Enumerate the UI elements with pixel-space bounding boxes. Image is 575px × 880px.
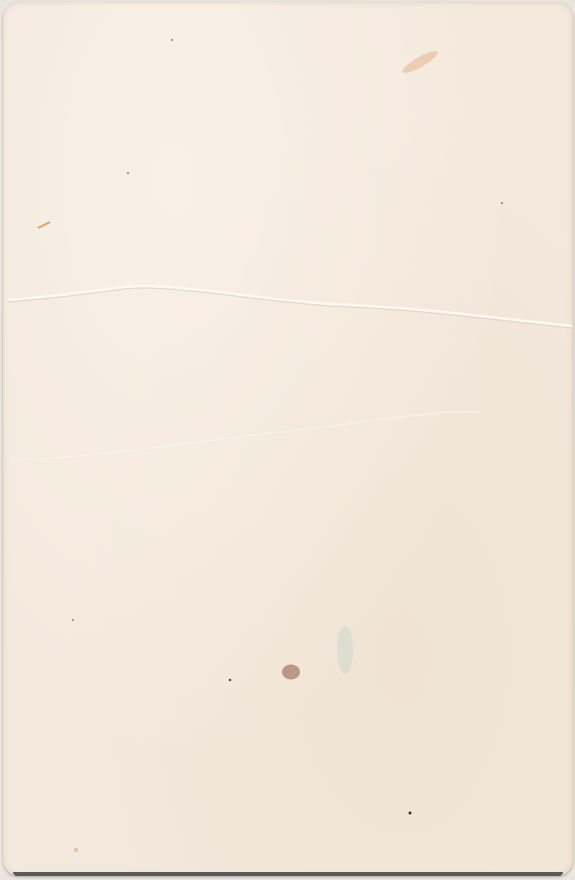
crease-line [8, 286, 572, 326]
green-smudge [337, 626, 353, 674]
rust-mark [38, 222, 50, 228]
faint-crease [10, 412, 480, 460]
rust-speckle [400, 48, 440, 77]
card-marks [0, 0, 575, 880]
stain-spot [282, 665, 300, 680]
